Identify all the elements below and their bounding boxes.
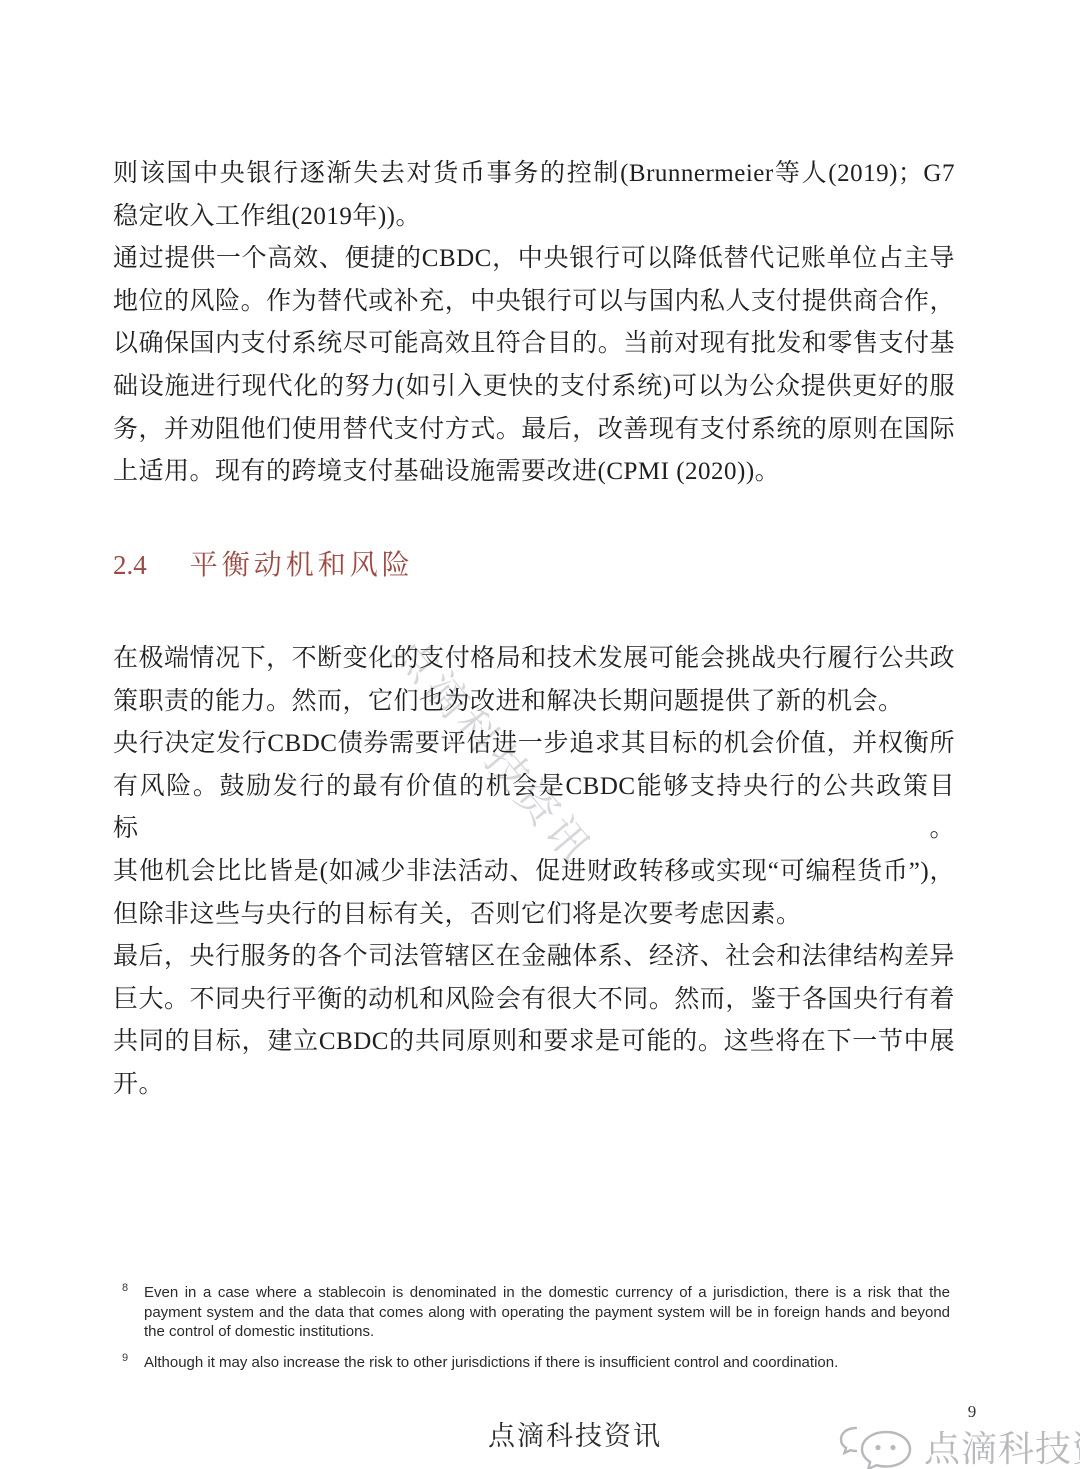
body-line: 巨大。不同央行平衡的动机和风险会有很大不同。然而，鉴于各国央行有着 xyxy=(113,979,955,1022)
body-line: 则该国中央银行逐渐失去对货币事务的控制(Brunnermeier等人(2019)… xyxy=(113,153,955,196)
body-line: 最后，央行服务的各个司法管辖区在金融体系、经济、社会和法律结构差异 xyxy=(113,936,955,979)
page-number: 9 xyxy=(956,1402,988,1422)
body-line: 在极端情况下，不断变化的支付格局和技术发展可能会挑战央行履行公共政 xyxy=(113,638,955,681)
footnote-9: 9 Although it may also increase the risk… xyxy=(120,1353,950,1373)
body-text-upper: 则该国中央银行逐渐失去对货币事务的控制(Brunnermeier等人(2019)… xyxy=(113,153,955,494)
paragraph: 央行决定发行CBDC债券需要评估进一步追求其目标的机会价值，并权衡所 有风险。鼓… xyxy=(113,723,955,936)
section-title: 平衡动机和风险 xyxy=(190,546,414,586)
brand-logo-text: 点滴科技资讯 xyxy=(924,1421,1080,1469)
body-line: 开。 xyxy=(113,1064,955,1107)
body-text-lower: 在极端情况下，不断变化的支付格局和技术发展可能会挑战央行履行公共政 策职责的能力… xyxy=(113,638,955,1107)
body-line: 有风险。鼓励发行的最有价值的机会是CBDC能够支持央行的公共政策目标。 xyxy=(113,766,955,851)
brand-watermark-logo: 点滴科技资讯 xyxy=(834,1420,1080,1469)
body-line: 以确保国内支付系统尽可能高效且符合目的。当前对现有批发和零售支付基 xyxy=(113,323,955,366)
body-line: 但除非这些与央行的目标有关，否则它们将是次要考虑因素。 xyxy=(113,894,955,937)
section-heading: 2.4 平衡动机和风险 xyxy=(113,545,414,586)
footnote-8: 8 Even in a case where a stablecoin is d… xyxy=(120,1283,950,1342)
body-line: 通过提供一个高效、便捷的CBDC，中央银行可以降低替代记账单位占主导 xyxy=(113,238,955,281)
paragraph: 在极端情况下，不断变化的支付格局和技术发展可能会挑战央行履行公共政 策职责的能力… xyxy=(113,638,955,723)
section-number: 2.4 xyxy=(113,545,147,585)
footnote-text: Although it may also increase the risk t… xyxy=(144,1354,838,1371)
chat-bubbles-icon xyxy=(834,1420,922,1469)
body-line: 共同的目标，建立CBDC的共同原则和要求是可能的。这些将在下一节中展 xyxy=(113,1021,955,1064)
footnote-text: Even in a case where a stablecoin is den… xyxy=(144,1284,950,1340)
document-page: 点滴科技资讯 则该国中央银行逐渐失去对货币事务的控制(Brunnermeier等… xyxy=(0,0,1080,1469)
body-line: 央行决定发行CBDC债券需要评估进一步追求其目标的机会价值，并权衡所 xyxy=(113,723,955,766)
footnote-marker: 8 xyxy=(122,1279,128,1299)
paragraph: 则该国中央银行逐渐失去对货币事务的控制(Brunnermeier等人(2019)… xyxy=(113,153,955,238)
footnote-marker: 9 xyxy=(122,1349,128,1369)
body-line: 地位的风险。作为替代或补充，中央银行可以与国内私人支付提供商合作， xyxy=(113,281,955,324)
body-line: 务，并劝阻他们使用替代支付方式。最后，改善现有支付系统的原则在国际 xyxy=(113,409,955,452)
body-line: 上适用。现有的跨境支付基础设施需要改进(CPMI (2020))。 xyxy=(113,451,955,494)
paragraph: 最后，央行服务的各个司法管辖区在金融体系、经济、社会和法律结构差异 巨大。不同央… xyxy=(113,936,955,1106)
footer-source-label: 点滴科技资讯 xyxy=(455,1414,695,1453)
paragraph: 通过提供一个高效、便捷的CBDC，中央银行可以降低替代记账单位占主导 地位的风险… xyxy=(113,238,955,494)
body-line: 础设施进行现代化的努力(如引入更快的支付系统)可以为公众提供更好的服 xyxy=(113,366,955,409)
body-line: 策职责的能力。然而，它们也为改进和解决长期问题提供了新的机会。 xyxy=(113,681,955,724)
body-line: 稳定收入工作组(2019年))。 xyxy=(113,196,955,239)
body-line: 其他机会比比皆是(如减少非法活动、促进财政转移或实现“可编程货币”)， xyxy=(113,851,955,894)
footnotes-section: 8 Even in a case where a stablecoin is d… xyxy=(120,1283,950,1383)
